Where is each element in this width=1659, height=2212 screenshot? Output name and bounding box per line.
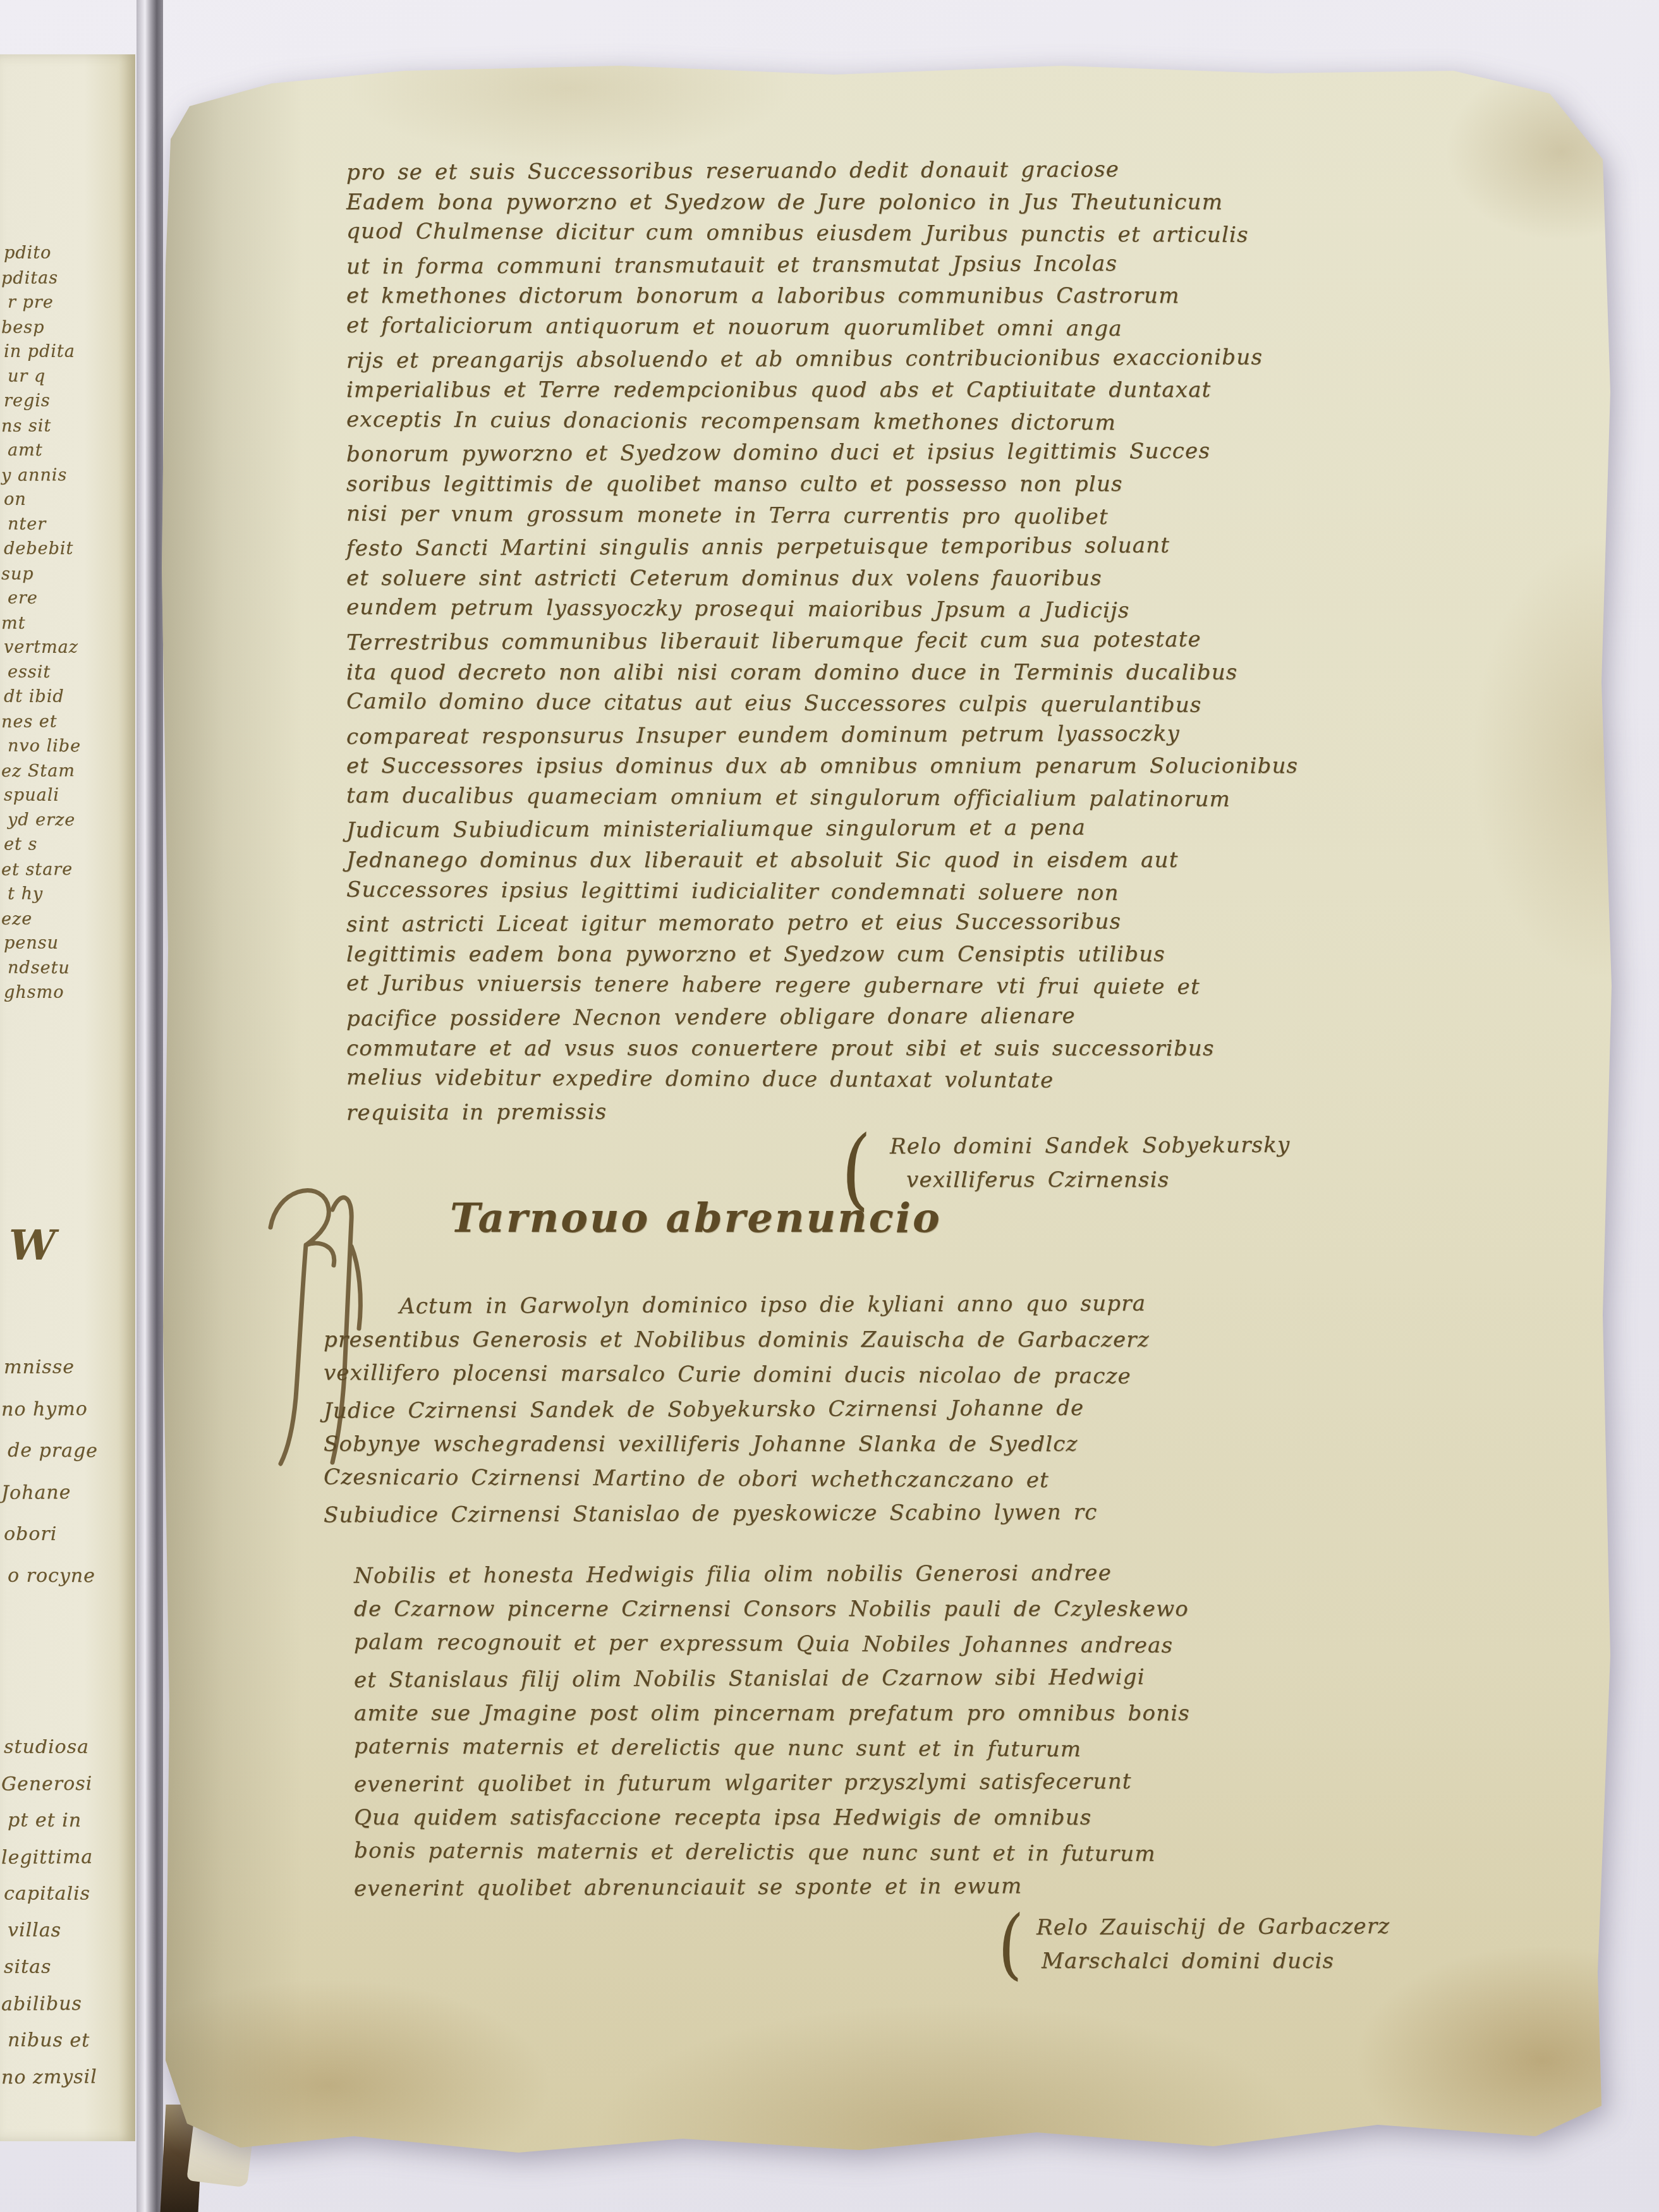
text-line: Terrestribus communibus liberauit liberu…: [346, 624, 1298, 659]
text-line: et Stanislaus filij olim Nobilis Stanisl…: [354, 1660, 1190, 1698]
text-line: melius videbitur expedire domino duce du…: [346, 1062, 1298, 1098]
nobilis-text-block: Nobilis et honesta Hedwigis filia olim n…: [354, 1557, 1190, 1905]
text-line: sint astricti Liceat igitur memorato pet…: [346, 906, 1298, 940]
text-line: nisi per vnum grossum monete in Terra cu…: [346, 498, 1298, 533]
section-heading: Tarnouo abrenuncio: [450, 1194, 942, 1242]
text-line: et Successores ipsius dominus dux ab omn…: [346, 751, 1298, 782]
text-line: rijs et preangarijs absoluendo et ab omn…: [346, 342, 1298, 377]
main-text-block: pro se et suis Successoribus reseruando …: [346, 155, 1298, 1127]
text-line: pro se et suis Successoribus reseruando …: [346, 154, 1298, 188]
text-line: pacifice possidere Necnon vendere obliga…: [346, 1000, 1298, 1035]
page-shadow-wrap: 201 pro se et suis Successoribus reserua…: [0, 0, 1659, 2212]
text-line: Camilo domino duce citatus aut eius Succ…: [346, 686, 1298, 722]
gutter-shadow: [158, 61, 303, 2165]
text-line: Czesnicario Czirnensi Martino de obori w…: [324, 1460, 1150, 1498]
text-line: Eadem bona pyworzno et Syedzow de Jure p…: [346, 187, 1298, 219]
text-line: Judice Czirnensi Sandek de Sobyekursko C…: [324, 1390, 1150, 1428]
folio-number: 201: [1311, 27, 1393, 74]
text-line: Jednanego dominus dux liberauit et absol…: [346, 845, 1298, 877]
text-line: compareat responsurus Insuper eundem dom…: [346, 718, 1298, 753]
text-line: et fortaliciorum antiquorum et nouorum q…: [346, 310, 1298, 346]
manuscript-photo: pditopditasr prebespin pditaur qregisns …: [0, 0, 1659, 2212]
text-line: Sobynye wschegradensi vexilliferis Johan…: [324, 1427, 1150, 1462]
text-line: ita quod decreto non alibi nisi coram do…: [346, 657, 1298, 689]
attribution-line: vexilliferus Czirnensis: [890, 1163, 1290, 1197]
text-line: requisita in premissis: [346, 1094, 1298, 1129]
text-line: et soluere sint astricti Ceterum dominus…: [346, 563, 1298, 595]
text-line: eundem petrum lyassyoczky prosequi maior…: [346, 592, 1298, 628]
text-line: soribus legittimis de quolibet manso cul…: [346, 469, 1298, 501]
text-line: legittimis eadem bona pyworzno et Syedzo…: [346, 939, 1298, 971]
text-line: evenerint quolibet abrenunciauit se spon…: [354, 1868, 1190, 1906]
text-line: ut in forma communi transmutauit et tran…: [346, 248, 1298, 283]
text-line: tam ducalibus quameciam omnium et singul…: [346, 781, 1298, 816]
text-line: Successores ipsius legittimi iudicialite…: [346, 874, 1298, 909]
text-line: vexillifero plocensi marsalco Curie domi…: [324, 1356, 1150, 1394]
text-line: de Czarnow pincerne Czirnensi Consors No…: [354, 1592, 1190, 1627]
text-line: commutare et ad vsus suos conuertere pro…: [346, 1033, 1298, 1065]
text-line: bonis paternis maternis et derelictis qu…: [354, 1833, 1190, 1872]
text-line: et Juribus vniuersis tenere habere reger…: [346, 968, 1298, 1004]
manuscript-page: 201 pro se et suis Successoribus reserua…: [0, 0, 1659, 2212]
text-line: Subiudice Czirnensi Stanislao de pyeskow…: [324, 1495, 1150, 1533]
text-line: palam recognouit et per expressum Quia N…: [354, 1625, 1190, 1663]
text-line: Judicum Subiudicum ministerialiumque sin…: [346, 812, 1298, 847]
text-line: Nobilis et honesta Hedwigis filia olim n…: [354, 1555, 1190, 1593]
text-line: Actum in Garwolyn dominico ipso die kyli…: [324, 1286, 1150, 1324]
attribution-line: Marschalci domini ducis: [1036, 1944, 1390, 1978]
attribution-line: Relo Zauischij de Garbaczerz: [1036, 1909, 1390, 1945]
text-line: imperialibus et Terre redempcionibus quo…: [346, 375, 1298, 406]
text-line: festo Sancti Martini singulis annis perp…: [346, 530, 1298, 564]
text-line: evenerint quolibet in futurum wlgariter …: [354, 1764, 1190, 1802]
actum-text-block: Actum in Garwolyn dominico ipso die kyli…: [324, 1288, 1150, 1531]
text-line: et kmethones dictorum bonorum a laboribu…: [346, 281, 1298, 312]
attribution-upper: Relo domini Sandek Sobyekurskyvexillifer…: [890, 1129, 1290, 1197]
flourish-brace-lower: (: [991, 1899, 1029, 1991]
text-line: quod Chulmense dicitur cum omnibus eiusd…: [346, 216, 1298, 252]
text-line: exceptis In cuius donacionis recompensam…: [346, 404, 1298, 439]
text-line: bonorum pyworzno et Syedzow domino duci …: [346, 435, 1298, 470]
text-line: presentibus Generosis et Nobilibus domin…: [324, 1323, 1150, 1358]
text-line: Qua quidem satisfaccione recepta ipsa He…: [354, 1801, 1190, 1835]
text-line: amite sue Jmagine post olim pincernam pr…: [354, 1696, 1190, 1731]
attribution-line: Relo domini Sandek Sobyekursky: [890, 1128, 1291, 1164]
attribution-lower: Relo Zauischij de GarbaczerzMarschalci d…: [1036, 1910, 1390, 1978]
text-line: paternis maternis et derelictis que nunc…: [354, 1729, 1190, 1768]
